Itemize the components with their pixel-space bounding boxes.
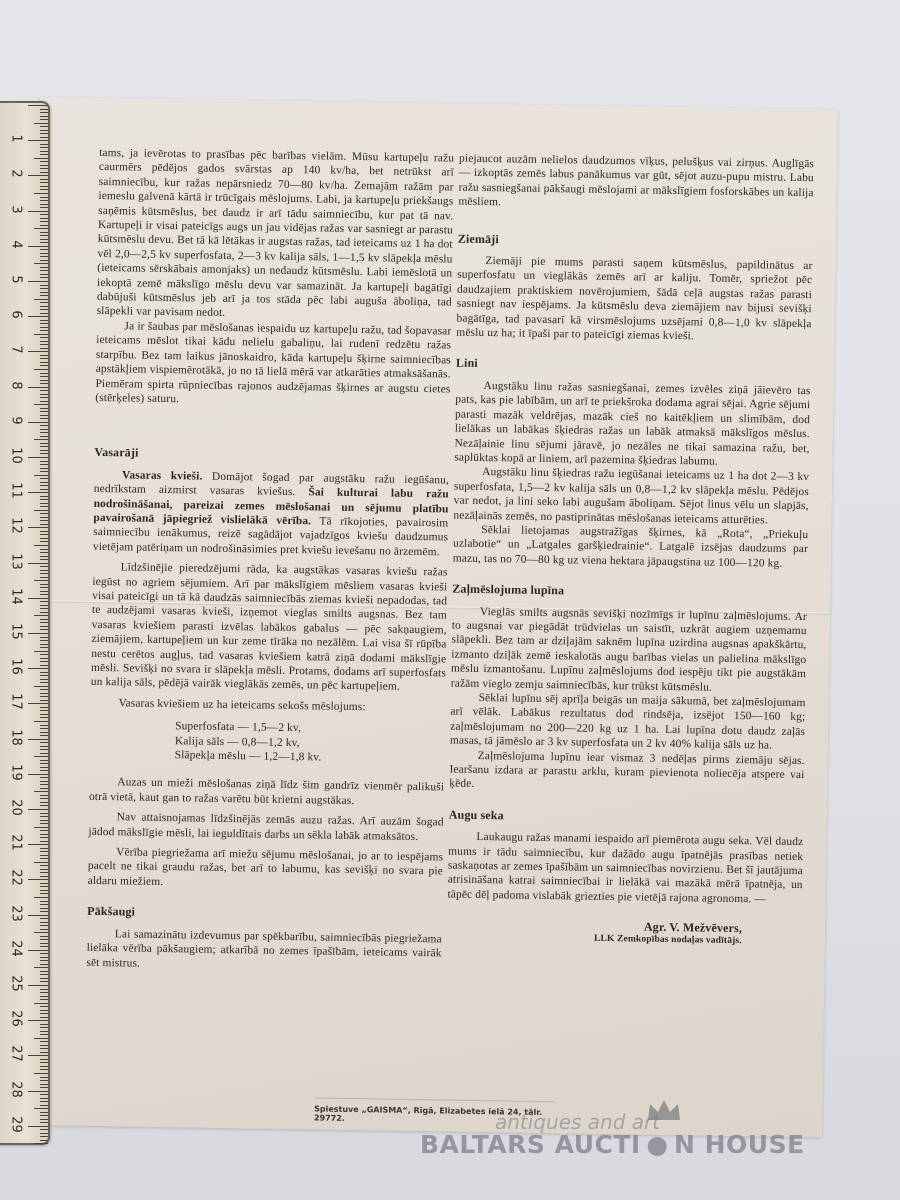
ruler-tick [34,686,48,687]
ruler-tick [40,841,48,842]
ruler-number: 13 [9,551,24,571]
ruler-tick [40,858,48,859]
ruler-tick [34,158,48,159]
ruler-tick [40,573,48,574]
ruler-number: 26 [9,1009,24,1029]
ruler-tick [40,971,48,972]
ruler-tick [40,260,48,261]
ruler-tick [28,985,48,986]
ruler-tick [40,823,48,824]
ruler-tick [40,506,48,507]
ruler-tick [40,390,48,391]
ruler-tick [40,1077,48,1078]
vasaraji-paragraph-5: Vērība piegriežama arī miežu sējumu mēsl… [88,845,444,894]
ruler-tick [40,728,48,729]
ruler-number: 21 [9,833,24,853]
ruler-tick [40,710,48,711]
ruler-tick [40,274,48,275]
ruler-tick [40,256,48,257]
ruler-tick [40,119,48,120]
ruler-tick [28,703,48,704]
ruler-tick [40,147,48,148]
ruler-tick [40,478,48,479]
ruler-tick [40,820,48,821]
ruler-number: 16 [9,657,24,677]
ruler-tick [28,563,48,564]
ruler-tick [40,207,48,208]
recipe-item: Slāpekļa mēslu — 1,2—1,8 kv. [175,748,445,767]
ruler-tick [40,953,48,954]
ruler-number: 1 [9,129,24,149]
ruler-tick [28,1020,48,1021]
ruler-tick [34,862,48,863]
ruler-tick [40,320,48,321]
ruler-tick [40,918,48,919]
ruler-tick [34,721,48,722]
ruler-tick [40,763,48,764]
ruler-tick [40,1119,48,1120]
ruler-number: 3 [9,199,24,219]
ruler-tick [28,879,48,880]
ruler-tick [28,422,48,423]
ruler-tick [40,943,48,944]
ruler-tick [40,109,48,110]
ruler-tick [40,277,48,278]
measuring-ruler: 1234567891011121314151617181920212223242… [0,101,50,1145]
ruler-tick [34,932,48,933]
ruler-tick [40,225,48,226]
ruler-tick [40,679,48,680]
ruler-tick [34,967,48,968]
ruler-tick [40,482,48,483]
ruler-tick [28,492,48,493]
ruler-tick [40,612,48,613]
ruler-tick [40,496,48,497]
lini-paragraph-3: Sēklai lietojamas augstražīgas šķirnes, … [453,522,809,571]
ruler-tick [40,732,48,733]
ruler-tick [34,756,48,757]
ruler-tick [40,468,48,469]
ruler-number: 27 [9,1044,24,1064]
ruler-tick [40,197,48,198]
ruler-tick [40,622,48,623]
ruler-tick [40,848,48,849]
ruler-number: 5 [9,270,24,290]
ruler-tick [40,1031,48,1032]
ruler-tick [40,936,48,937]
ruler-number: 25 [9,974,24,994]
ruler-tick [40,781,48,782]
ruler-tick [40,1080,48,1081]
ruler-tick [40,672,48,673]
ruler-tick [28,844,48,845]
left-column: tams, ja ievērotas to prasības pēc barīb… [86,146,454,975]
ruler-tick [40,1034,48,1035]
ruler-tick [40,1006,48,1007]
ruler-tick [40,922,48,923]
ruler-tick [40,341,48,342]
ruler-tick [40,770,48,771]
ruler-tick [40,348,48,349]
ruler-tick [40,327,48,328]
ruler-tick [34,475,48,476]
ruler-tick [40,249,48,250]
ruler-tick [40,418,48,419]
ruler-tick [28,387,48,388]
ruler-tick [40,503,48,504]
ruler-tick [34,228,48,229]
ruler-tick [40,929,48,930]
ruler-tick [34,651,48,652]
ruler-tick [34,791,48,792]
ruler-tick [40,524,48,525]
ruler-tick [40,851,48,852]
ruler-tick [28,598,48,599]
ruler-tick [40,893,48,894]
ruler-tick [40,872,48,873]
ruler-tick [40,689,48,690]
ruler-tick [40,788,48,789]
ruler-tick [40,453,48,454]
ruler-tick [34,615,48,616]
ruler-tick [40,886,48,887]
ruler-tick [34,827,48,828]
crown-icon [646,1100,682,1122]
ruler-tick [40,805,48,806]
ruler-tick [40,1059,48,1060]
ruler-tick [40,1122,48,1123]
ruler-tick [40,415,48,416]
ruler-tick [40,425,48,426]
ruler-number: 24 [9,938,24,958]
ruler-tick [40,1098,48,1099]
ruler-tick [40,383,48,384]
ruler-number: 10 [9,446,24,466]
ruler-tick [40,179,48,180]
ruler-tick [40,714,48,715]
ruler-tick [40,242,48,243]
ruler-tick [28,246,48,247]
ruler-tick [40,144,48,145]
vasaraji-paragraph-4: Nav attaisnojamas līdzšinējās zemās auzu… [88,810,443,844]
ruler-tick [40,661,48,662]
ruler-number: 17 [9,692,24,712]
ruler-tick [40,939,48,940]
intro-paragraph-2: Ja ir šaubas par mēslošanas iespaidu uz … [95,319,451,411]
ruler-tick [40,239,48,240]
ruler-tick [28,1091,48,1092]
ruler-tick [40,1101,48,1102]
ruler-tick [40,309,48,310]
ruler-tick [28,351,48,352]
ruler-tick [40,464,48,465]
ruler-tick [34,580,48,581]
ruler-tick [40,1024,48,1025]
ruler-tick [40,168,48,169]
ruler-tick [34,545,48,546]
ruler-tick [40,964,48,965]
ruler-tick [34,299,48,300]
ruler-tick [40,552,48,553]
ruler-tick [40,397,48,398]
ruler-tick [40,837,48,838]
ruler-tick [28,739,48,740]
ruler-tick [34,439,48,440]
ruler-tick [40,288,48,289]
ruler-tick [40,834,48,835]
ruler-tick [40,408,48,409]
ruler-tick [34,1108,48,1109]
ruler-number: 22 [9,868,24,888]
ruler-number: 8 [9,375,24,395]
ruler-tick [40,1136,48,1137]
ruler-number: 15 [9,622,24,642]
paksaugi-continued: piejaucot auzām nelielos daudzumos vīķus… [458,152,814,215]
ruler-tick [40,355,48,356]
ruler-tick [40,992,48,993]
ruler-number: 7 [9,340,24,360]
ruler-tick [40,365,48,366]
ruler-tick [40,566,48,567]
ruler-tick [40,978,48,979]
ruler-tick [40,795,48,796]
ruler-tick [40,1094,48,1095]
ruler-tick [40,394,48,395]
section-heading-augu-seka: Augu seka [449,807,804,827]
ruler-tick [40,221,48,222]
ruler-tick [40,883,48,884]
ruler-tick [34,263,48,264]
vasaraji-paragraph-2: Līdzšinējie pieredzējumi rāda, ka augstā… [91,560,448,695]
ruler-tick [28,527,48,528]
ruler-tick [40,619,48,620]
ruler-tick [40,637,48,638]
ruler-tick [40,362,48,363]
ruler-number: 14 [9,586,24,606]
recipe-intro: Vasaras kviešiem uz ha ieteicams sekošs … [90,696,445,716]
ruler-number: 9 [9,410,24,430]
ruler-tick [34,404,48,405]
section-heading-lini: Lini [456,356,811,376]
ruler-number: 4 [9,234,24,254]
ruler-tick [40,1013,48,1014]
ruler-tick [40,1041,48,1042]
ruler-tick [28,668,48,669]
ruler-tick [40,1112,48,1113]
ruler-tick [40,876,48,877]
ruler-tick [40,235,48,236]
ruler-tick [28,457,48,458]
ruler-tick [28,809,48,810]
ruler-number: 11 [9,481,24,501]
lupina-paragraph-3: Zaļmēslojuma lupīnu iear vismaz 3 nedēļa… [449,748,805,797]
ruler-tick [40,520,48,521]
ruler-tick [40,1010,48,1011]
ruler-tick [40,707,48,708]
ruler-tick [40,116,48,117]
ruler-tick [40,485,48,486]
ruler-tick [40,358,48,359]
ruler-tick [40,999,48,1000]
ruler-tick [40,725,48,726]
ruler-number: 29 [9,1114,24,1134]
ziemaji-paragraph: Ziemāji pie mums parasti saņem kūtsmēslu… [456,254,812,346]
augu-seka-paragraph: Laukaugu ražas manami iespaido arī piemē… [447,830,803,908]
ruler-tick [40,1129,48,1130]
ruler-tick [40,1066,48,1067]
ruler-tick [40,538,48,539]
right-column: piejaucot auzām nelielos daudzumos vīķus… [447,152,814,950]
ruler-tick [40,556,48,557]
ruler-tick [40,735,48,736]
ruler-tick [40,1069,48,1070]
ruler-tick [28,316,48,317]
ruler-tick [40,865,48,866]
ruler-tick [40,577,48,578]
ruler-tick [40,401,48,402]
ruler-tick [40,154,48,155]
ruler-tick [40,380,48,381]
ruler-tick [40,200,48,201]
ruler-tick [40,432,48,433]
ruler-tick [40,855,48,856]
ruler-tick [40,989,48,990]
section-heading-lupina: Zaļmēslojuma lupīna [452,582,807,602]
ruler-tick [40,1017,48,1018]
ruler-tick [40,629,48,630]
ruler-tick [40,644,48,645]
ruler-tick [40,344,48,345]
ruler-tick [28,140,48,141]
ruler-tick [40,204,48,205]
ruler-tick [40,753,48,754]
ruler-tick [40,541,48,542]
ruler-tick [40,130,48,131]
ruler-tick [40,323,48,324]
ruler-tick [40,330,48,331]
ruler-number: 2 [9,164,24,184]
ruler-tick [40,429,48,430]
ruler-tick [40,654,48,655]
ruler-tick [40,172,48,173]
ruler-tick [40,974,48,975]
ruler-tick [40,904,48,905]
ruler-tick [40,517,48,518]
ruler-tick [34,123,48,124]
ruler-tick [40,232,48,233]
ruler-tick [40,214,48,215]
ruler-number: 19 [9,762,24,782]
ruler-tick [40,302,48,303]
ruler-tick [40,760,48,761]
ruler-number: 18 [9,727,24,747]
ruler-tick [28,175,48,176]
ruler-tick [28,950,48,951]
ruler-number: 23 [9,903,24,923]
ruler-tick [40,601,48,602]
ruler-tick [40,665,48,666]
ruler-tick [40,189,48,190]
ruler-number: 20 [9,798,24,818]
ruler-tick [40,295,48,296]
ruler-tick [40,925,48,926]
vasaraji-paragraph-3: Auzas un mieži mēslošanas ziņā līdz šim … [89,775,444,809]
ruler-tick [40,767,48,768]
ruler-tick [40,1027,48,1028]
ruler-tick [40,218,48,219]
ruler-tick [28,211,48,212]
ruler-tick [28,633,48,634]
ruler-tick [40,165,48,166]
ruler-tick [28,1126,48,1127]
section-heading-paksaugi: Pākšaugi [87,904,442,924]
ruler-tick [40,1052,48,1053]
ruler-tick [40,658,48,659]
lead-term: Vasaras kvieši. [122,469,203,482]
ruler-tick [40,749,48,750]
ruler-tick [40,471,48,472]
ruler-tick [34,193,48,194]
section-heading-vasaraji: Vasarāji [94,445,449,465]
ruler-tick [40,869,48,870]
ruler-tick [40,376,48,377]
ruler-tick [40,1084,48,1085]
ruler-tick [40,270,48,271]
ruler-tick [40,373,48,374]
ruler-tick [40,784,48,785]
ruler-tick [34,1073,48,1074]
lupina-paragraph-1: Vieglās smilts augsnās sevišķi nozīmīgs … [451,604,807,696]
ruler-tick [40,608,48,609]
ruler-tick [40,292,48,293]
ruler-tick [40,700,48,701]
ruler-tick [40,626,48,627]
intro-paragraph-1: tams, ja ievērotas to prasības pēc barīb… [97,146,455,324]
ruler-tick [40,267,48,268]
ruler-tick [40,306,48,307]
ruler-tick [40,1115,48,1116]
ruler-tick [40,549,48,550]
ruler-tick [40,717,48,718]
ruler-tick [40,957,48,958]
ruler-tick [40,996,48,997]
ruler-tick [40,682,48,683]
ruler-tick [34,369,48,370]
auction-watermark: antiques and art BALTARS AUCTI ● N HOUSE [420,1110,820,1190]
ruler-tick [40,489,48,490]
ruler-tick [40,587,48,588]
ruler-tick [34,1143,48,1144]
ruler-tick [40,161,48,162]
ruler-number: 28 [9,1079,24,1099]
ruler-tick [40,647,48,648]
lini-paragraph-2: Augstāku linu šķiedras ražu iegūšanai ie… [453,465,809,528]
paksaugi-paragraph: Lai samazinātu izdevumus par spēkbarību,… [86,927,442,976]
ruler-tick [40,531,48,532]
ruler-tick [40,513,48,514]
ruler-tick [40,1140,48,1141]
section-heading-ziemaji: Ziemāji [458,231,813,251]
ruler-tick [40,559,48,560]
ruler-tick [40,137,48,138]
ruler-tick [40,960,48,961]
ruler-tick [40,151,48,152]
ruler-tick [40,112,48,113]
ruler-tick [34,334,48,335]
ruler-tick [40,534,48,535]
lupina-paragraph-2: Sēklai lupīnu sēj aprīļa beigās un maija… [450,691,806,754]
ruler-tick [34,1038,48,1039]
